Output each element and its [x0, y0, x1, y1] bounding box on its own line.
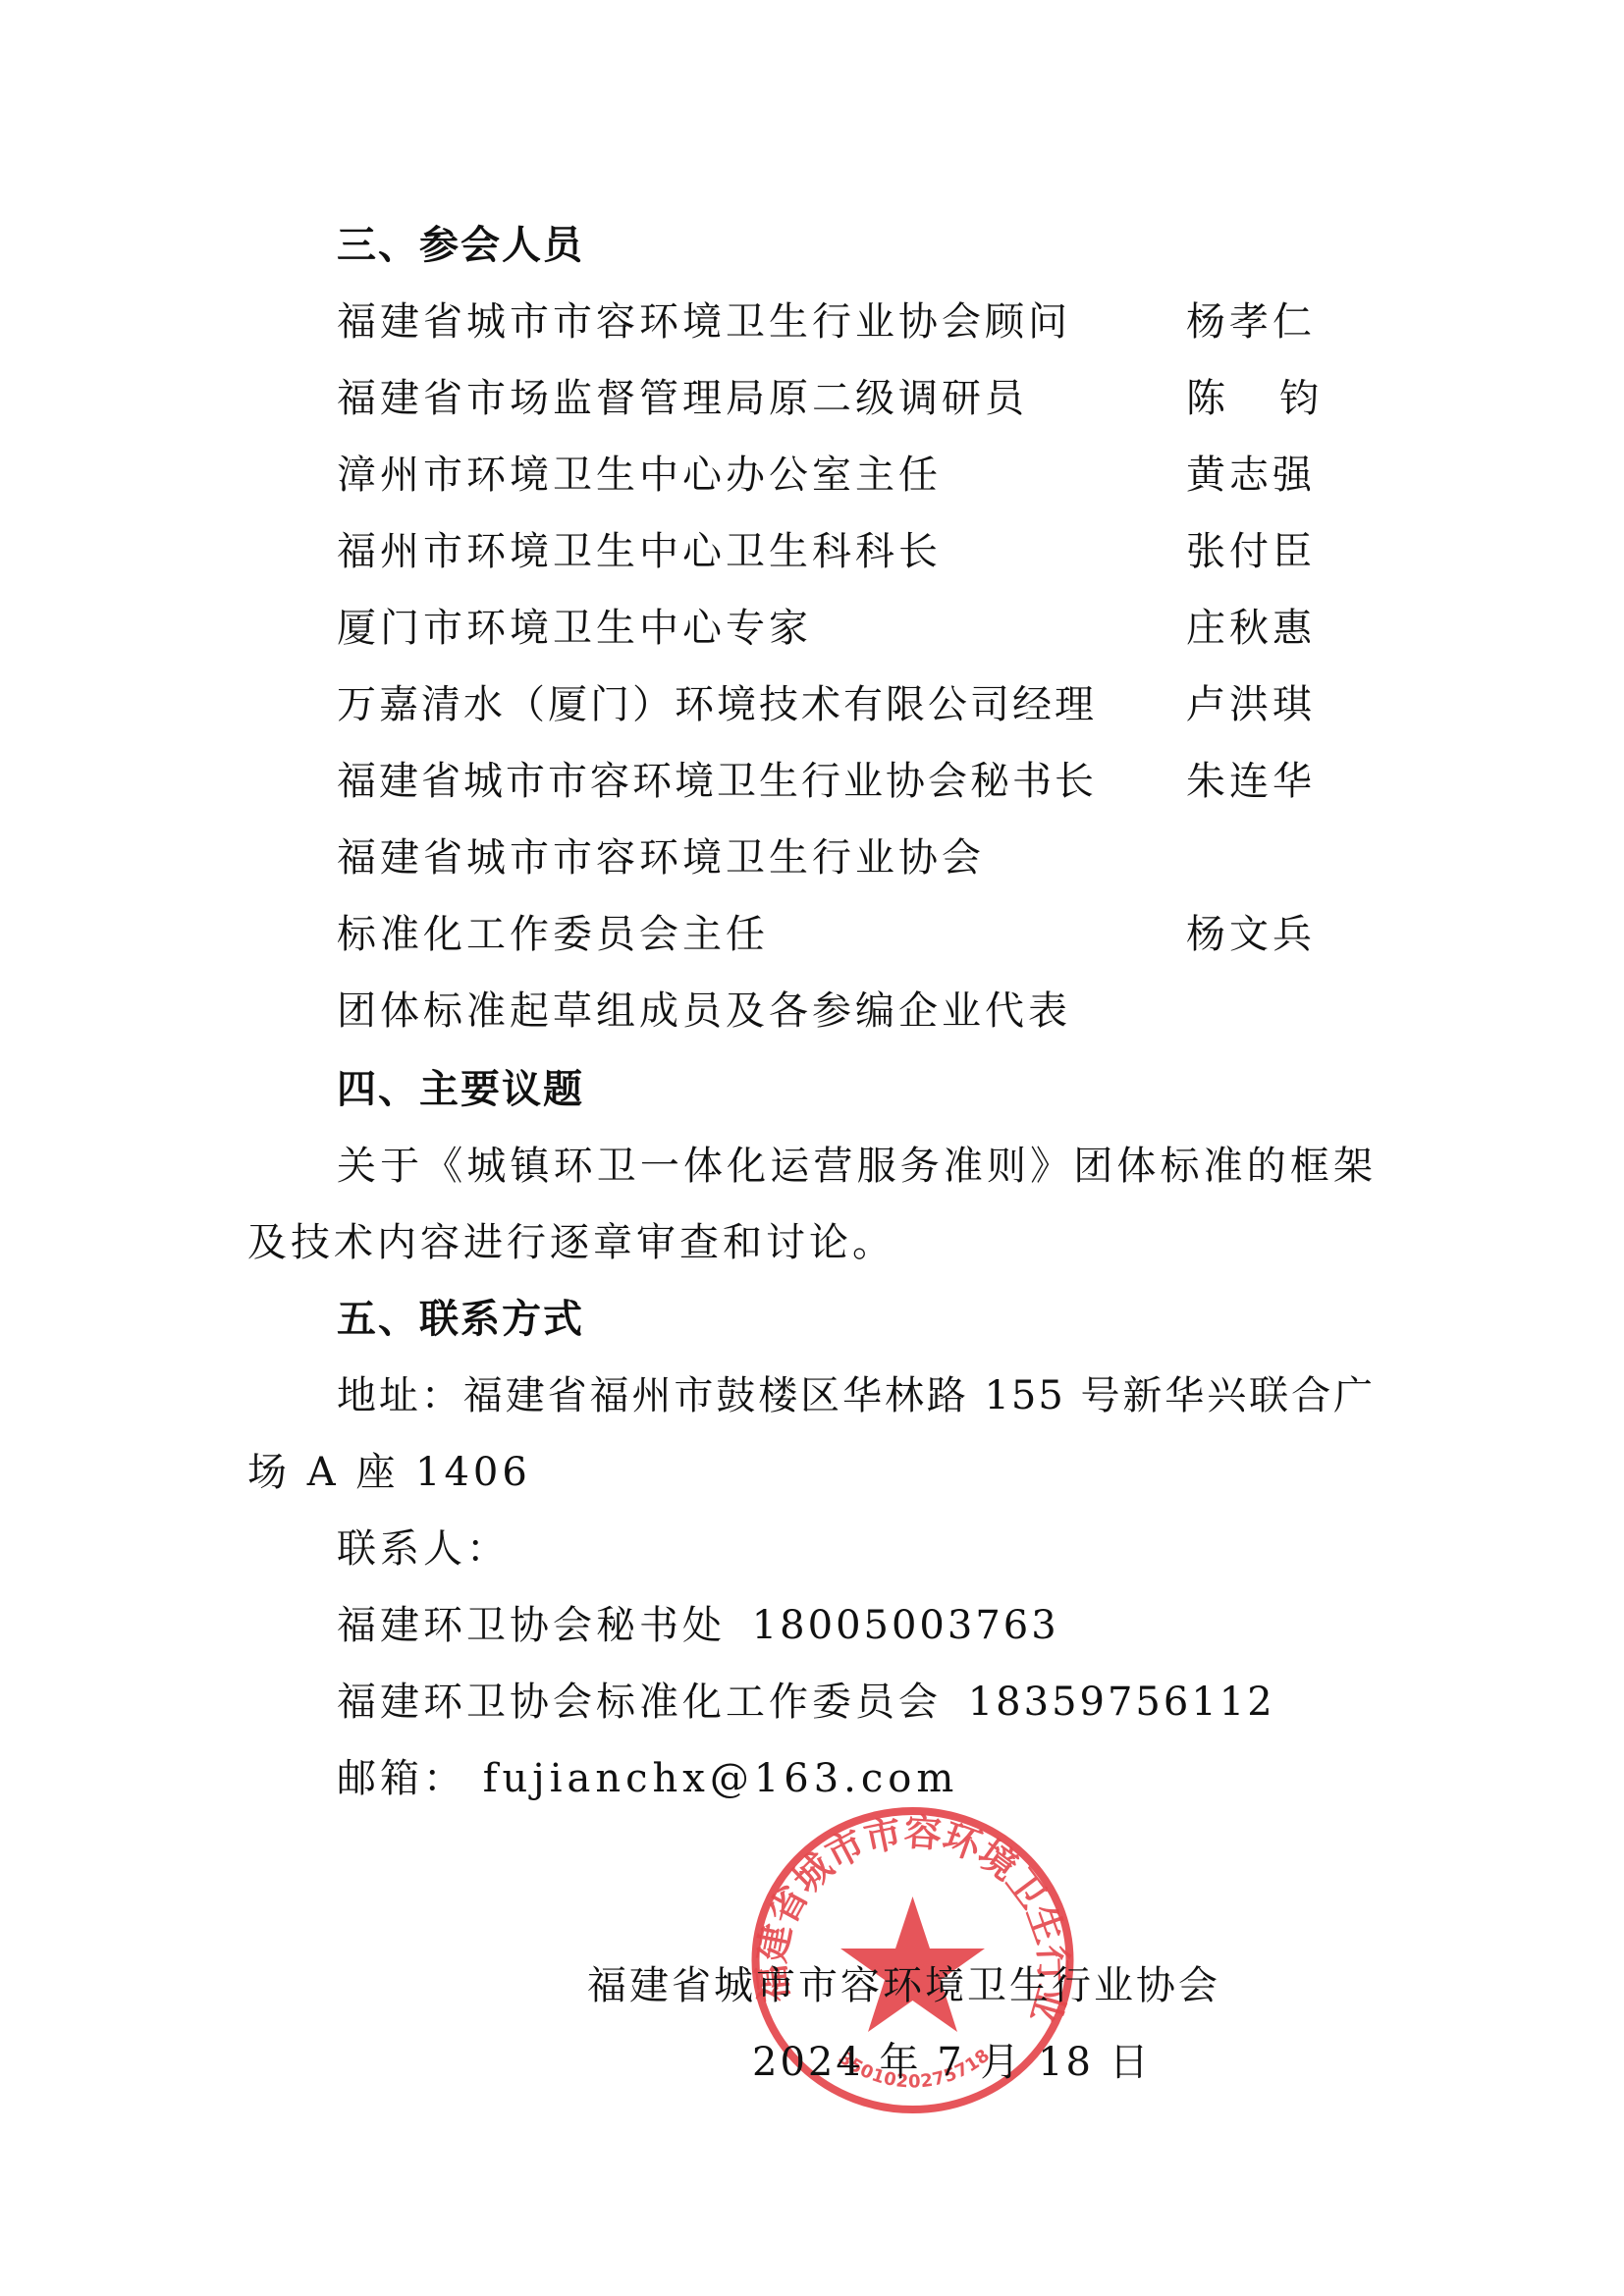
- agenda-text-line-2: 及技术内容进行逐章审查和讨论。: [247, 1213, 895, 1272]
- address-line-1: 地址：福建省福州市鼓楼区华林路 155 号新华兴联合广: [337, 1366, 1375, 1425]
- attendee-title: 厦门市环境卫生中心专家: [337, 599, 812, 658]
- attendee-name-char: 陈: [1186, 369, 1225, 428]
- section-heading-agenda: 四、主要议题: [337, 1060, 584, 1119]
- contact-person-label: 联系人：: [337, 1520, 510, 1578]
- address-line-2: 场 A 座 1406: [247, 1443, 531, 1502]
- attendee-title: 团体标准起草组成员及各参编企业代表: [337, 982, 1071, 1041]
- contact-phone[interactable]: 18005003763: [752, 1603, 1059, 1648]
- attendee-name: 庄秋惠: [1186, 599, 1319, 658]
- email-line: 邮箱： fujianchx@163.com: [337, 1749, 958, 1808]
- attendee-title: 福建省市场监督管理局原二级调研员: [337, 369, 1028, 428]
- attendee-name: 卢洪琪: [1186, 675, 1319, 734]
- contact-label: 福建环卫协会秘书处: [337, 1603, 726, 1648]
- attendee-name: 杨文兵: [1186, 905, 1319, 964]
- section-heading-attendees: 三、参会人员: [337, 216, 584, 275]
- contact-standards-committee: 福建环卫协会标准化工作委员会 18359756112: [337, 1673, 1275, 1732]
- email-link[interactable]: fujianchx@163.com: [483, 1756, 959, 1801]
- attendee-name: 张付臣: [1186, 522, 1319, 581]
- attendee-title: 福建省城市市容环境卫生行业协会顾问: [337, 293, 1071, 351]
- agenda-text-line-1: 关于《城镇环卫一体化运营服务准则》团体标准的框架: [337, 1137, 1375, 1196]
- contact-label: 福建环卫协会标准化工作委员会: [337, 1680, 942, 1725]
- attendee-name-char: 钧: [1279, 369, 1319, 428]
- email-label: 邮箱：: [337, 1756, 466, 1801]
- attendee-title: 福建省城市市容环境卫生行业协会秘书长: [337, 752, 1097, 811]
- attendee-title: 万嘉清水（厦门）环境技术有限公司经理: [337, 675, 1097, 734]
- section-heading-contact: 五、联系方式: [337, 1290, 584, 1349]
- signature-date: 2024 年 7 月 18 日: [752, 2033, 1152, 2092]
- contact-secretariat: 福建环卫协会秘书处 18005003763: [337, 1596, 1059, 1655]
- attendee-name: 杨孝仁: [1186, 293, 1319, 351]
- attendee-name: 朱连华: [1186, 752, 1319, 811]
- contact-phone[interactable]: 18359756112: [968, 1680, 1275, 1725]
- signature-organization: 福建省城市市容环境卫生行业协会: [587, 1956, 1220, 2015]
- attendee-title: 福州市环境卫生中心卫生科科长: [337, 522, 942, 581]
- attendee-title: 漳州市环境卫生中心办公室主任: [337, 446, 942, 505]
- attendee-name: 陈 钧: [1186, 369, 1319, 428]
- attendee-title: 标准化工作委员会主任: [337, 905, 769, 964]
- attendee-title: 福建省城市市容环境卫生行业协会: [337, 828, 985, 887]
- attendee-name: 黄志强: [1186, 446, 1319, 505]
